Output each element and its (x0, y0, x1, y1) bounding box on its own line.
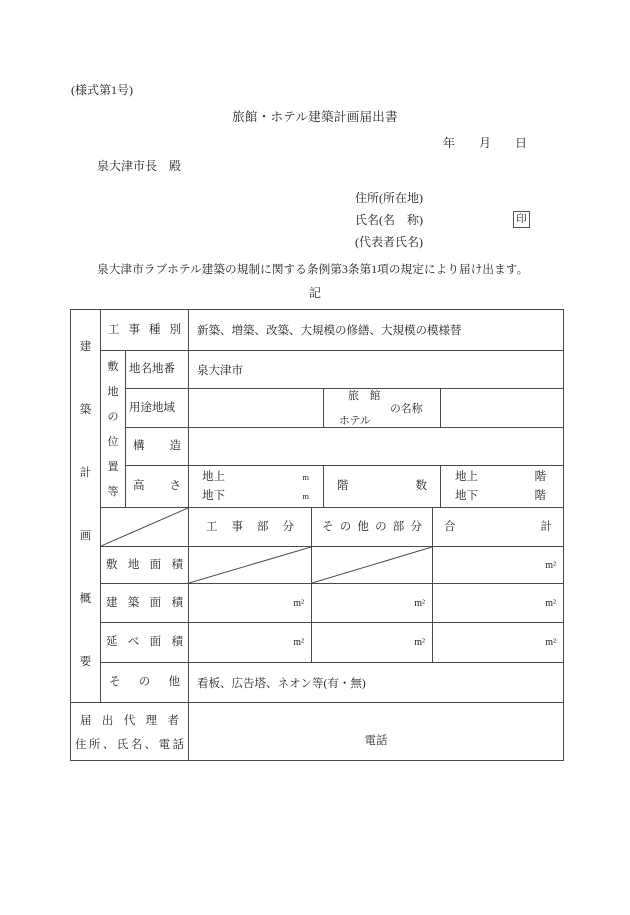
agent-label-line2: 住所、氏名、電話 (71, 733, 188, 757)
total-floor-area-other-cell: m² (312, 623, 433, 663)
floors-above-label: 地上 (455, 468, 478, 487)
building-area-total-cell: m² (433, 584, 563, 623)
hotel-name-line-hotel: ホテル (324, 415, 440, 428)
zoning-value-cell (189, 389, 324, 428)
construction-type-label: 工事種別 (101, 310, 189, 351)
structure-label: 構造 (126, 428, 189, 466)
form-number: (様式第1号) (71, 83, 133, 97)
sqm-unit: m² (545, 598, 556, 609)
total-floor-area-label: 延べ面積 (101, 623, 189, 663)
height-above-label: 地上 (202, 468, 225, 487)
height-below-unit: m (302, 487, 309, 506)
declaration-statement: 泉大津市ラブホテル建築の規制に関する条例第3条第1項の規定により届け出ます。 (97, 261, 528, 277)
structure-value-cell (189, 428, 563, 466)
page-title: 旅館・ホテル建築計画届出書 (0, 107, 630, 125)
hotel-name-cell: 旅 館 の名称 ホテル (324, 389, 441, 428)
misc-value: 看板、広告塔、ネオン等(有・無) (189, 663, 563, 703)
total-floor-area-total-cell: m² (433, 623, 563, 663)
notification-table: 建 築 計 画 概 要 敷 地 の 位 置 等 工事種別 新築、増築、改築、大規… (70, 309, 564, 761)
height-above-unit: m (302, 468, 309, 487)
construction-type-value: 新築、増築、改築、大規模の修繕、大規模の模様替 (189, 310, 563, 351)
hotel-name-line-no-meisho: の名称 (324, 403, 440, 416)
agent-label-cell: 届出代理者 住所、氏名、電話 (71, 703, 189, 760)
sqm-unit: m² (293, 637, 304, 648)
sqm-unit: m² (414, 598, 425, 609)
floors-label: 階数 (324, 466, 441, 508)
diagonal-line (101, 508, 188, 546)
floors-below-unit: 階 (535, 487, 547, 506)
date-line: 年 月 日 (443, 136, 527, 150)
height-below-label: 地下 (202, 487, 225, 506)
diagonal-line (312, 547, 432, 583)
building-area-other-cell: m² (312, 584, 433, 623)
area-header-other: その他の部分 (312, 508, 433, 547)
hotel-name-value-cell (441, 389, 563, 428)
seal-stamp: 印 (513, 211, 530, 228)
floors-value-cell: 地上階 地下階 (441, 466, 563, 508)
height-label: 高さ (126, 466, 189, 508)
representative-label: (代表者氏名) (355, 235, 423, 249)
agent-phone-label: 電話 (189, 703, 563, 748)
area-header-work: 工事部分 (189, 508, 312, 547)
address-label: 住所(所在地) (355, 191, 423, 205)
sqm-unit: m² (545, 637, 556, 648)
misc-label: その他 (101, 663, 189, 703)
building-area-work-cell: m² (189, 584, 312, 623)
record-mark: 記 (0, 284, 630, 301)
diagonal-line (189, 547, 311, 583)
group-label-building-plan-summary: 建 築 計 画 概 要 (71, 310, 101, 703)
group-label-site-location: 敷 地 の 位 置 等 (101, 351, 126, 508)
hotel-name-line-ryokan: 旅 館 (324, 390, 440, 403)
sqm-unit: m² (545, 560, 556, 571)
building-area-label: 建築面積 (101, 584, 189, 623)
addressee: 泉大津市長 殿 (97, 159, 181, 173)
agent-label-line1: 届出代理者 (71, 709, 188, 733)
lot-number-value: 泉大津市 (189, 351, 563, 389)
sqm-unit: m² (293, 598, 304, 609)
site-area-label: 敷地面積 (101, 547, 189, 584)
height-value-cell: 地上m 地下m (189, 466, 324, 508)
name-label: 氏名(名 称) (355, 213, 423, 227)
area-header-total: 合計 (433, 508, 563, 547)
site-area-total-cell: m² (433, 547, 563, 584)
area-header-diagonal-cell (101, 508, 189, 547)
site-area-work-cell (189, 547, 312, 584)
zoning-label: 用途地域 (126, 389, 189, 428)
sqm-unit: m² (414, 637, 425, 648)
agent-value-cell: 電話 (189, 703, 563, 760)
total-floor-area-work-cell: m² (189, 623, 312, 663)
floors-below-label: 地下 (455, 487, 478, 506)
lot-number-label: 地名地番 (126, 351, 189, 389)
seal-character: 印 (516, 215, 527, 225)
floors-above-unit: 階 (535, 468, 547, 487)
site-area-other-cell (312, 547, 433, 584)
